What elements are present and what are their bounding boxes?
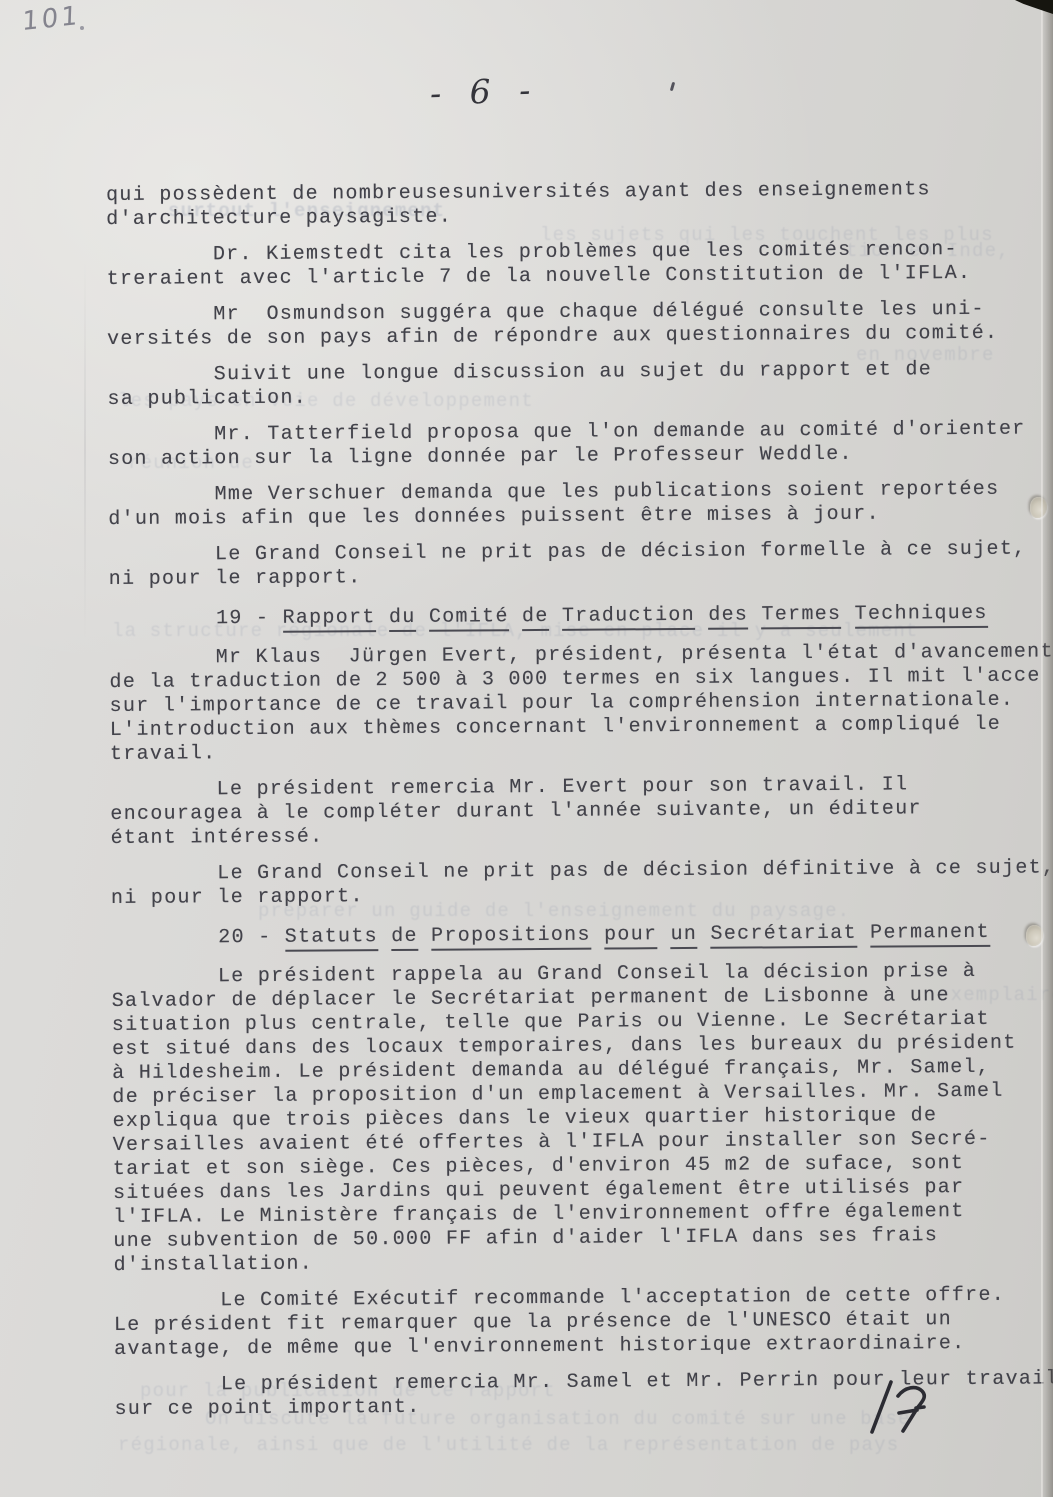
heading-number: 19 - <box>216 607 283 630</box>
ghost-fragment: régionale, ainsi que de l'utilité de la … <box>118 1434 899 1456</box>
typewritten-text: qui possèdent de nombreusesuniversités a… <box>106 177 1053 1434</box>
handwritten-page-number: - 6 - <box>429 70 540 113</box>
heading-word: Comité <box>429 605 509 632</box>
paragraph: Mr Osmundson suggéra que chaque délégué … <box>107 297 1053 352</box>
heading-number: 20 - <box>218 926 285 949</box>
paragraph: Mr. Tatterfield proposa que l'on demande… <box>108 417 1053 472</box>
paragraph: Le Grand Conseil ne prit pas de décision… <box>111 856 1053 911</box>
paragraph: Le Grand Conseil ne prit pas de décision… <box>109 537 1053 592</box>
heading-word: des <box>708 604 748 630</box>
heading-word: Traduction <box>562 604 695 631</box>
heading-word: Propositions <box>431 924 591 951</box>
heading-word: du <box>389 606 416 632</box>
paragraph: Le Comité Exécutif recommande l'acceptat… <box>114 1283 1053 1362</box>
scan-edge-shadow <box>1041 0 1053 1497</box>
pencil-dot <box>80 26 84 30</box>
heading-word: Statuts <box>285 925 378 952</box>
heading-word: Permanent <box>870 921 990 948</box>
paper-fold-line <box>84 260 86 640</box>
paragraph: Dr. Kiemstedt cita les problèmes que les… <box>106 237 1053 292</box>
heading-word: de <box>522 605 549 631</box>
heading-word: de <box>391 925 418 951</box>
paragraph: Le président rappela au Grand Conseil la… <box>111 959 1053 1278</box>
paragraph: qui possèdent de nombreusesuniversités a… <box>106 177 1053 232</box>
scanned-document-page: { "page": { "annotations": { "top_left_n… <box>0 0 1053 1497</box>
section-heading: 19 - Rapport du Comité de Traduction des… <box>216 601 1053 631</box>
heading-word: pour <box>604 923 657 949</box>
heading-word: Rapport <box>282 606 375 633</box>
section-heading: 20 - Statuts de Propositions pour un Sec… <box>218 920 1053 950</box>
handwritten-archive-number: 101 <box>22 1 81 37</box>
paragraph: Le président remercia Mr. Evert pour son… <box>110 772 1053 851</box>
heading-word: Termes <box>761 603 841 630</box>
handwritten-17-glyph <box>850 1368 950 1458</box>
paragraph: Mme Verschuer demanda que les publicatio… <box>108 477 1053 532</box>
heading-word: un <box>671 923 698 949</box>
handwritten-initials-mark <box>850 1368 950 1463</box>
paragraph: Mr Klaus Jürgen Evert, président, présen… <box>109 640 1053 767</box>
heading-word: Secrétariat <box>710 922 857 949</box>
heading-word: Techniques <box>855 602 988 629</box>
paragraph: Suivit une longue discussion au sujet du… <box>107 357 1053 412</box>
